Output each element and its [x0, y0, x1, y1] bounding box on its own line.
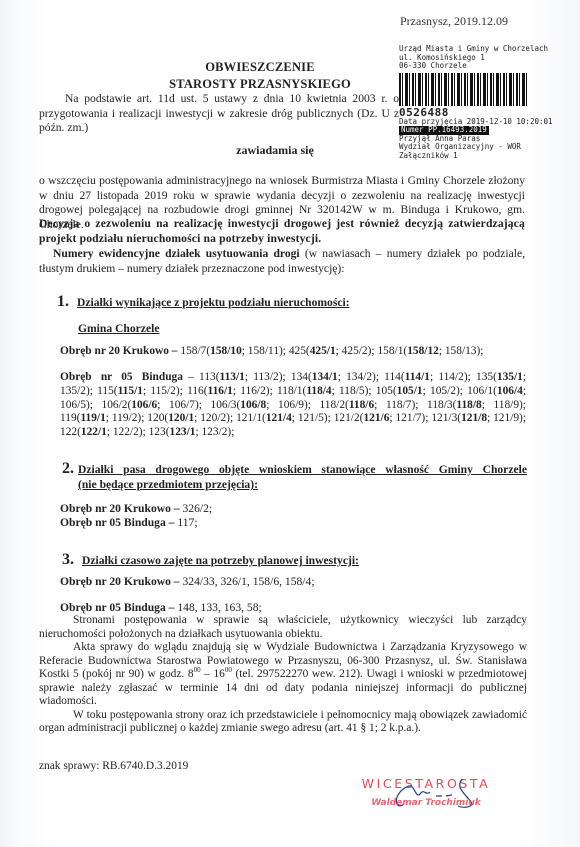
section-3-binduga-label: Obręb nr 05 Binduga – [60, 601, 174, 614]
binduga-parcels: Obręb nr 05 Binduga – 113(113/1; 113/2);… [60, 371, 526, 440]
section-3-title: Działki czasowo zajęte na potrzeby plano… [82, 554, 359, 567]
stamp-barcode-number: 0526488 [399, 107, 577, 118]
announcement-heading: zawiadamia się [0, 143, 580, 158]
parcel-entry: 106/3(106/8; 106/9); [202, 399, 311, 411]
gmina-heading: Gmina Chorzele [78, 322, 159, 335]
parcel-entry: 121/2(121/6; 121/7); [331, 412, 429, 424]
section-2-title-line-1: Działki pasa drogowego objęte wnioskiem … [78, 463, 527, 476]
section-2-heading: 2.Działki pasa drogowego objęte wnioskie… [62, 462, 527, 492]
section-2-krukowo-label: Obręb nr 20 Krukowo – [60, 502, 180, 515]
section-3-heading: 3. Działki czasowo zajęte na potrzeby pl… [62, 551, 359, 569]
parcel-entry: 116(116/1; 116/2); [183, 385, 273, 397]
section-3-number: 3. [62, 551, 78, 569]
section-3-krukowo: Obręb nr 20 Krukowo – 324/33, 326/1, 158… [60, 575, 315, 588]
parcel-entry: 425(425/1; 425/2); [286, 345, 375, 357]
parcel-entry: 114(114/1; 114/2); [379, 371, 471, 383]
place-date: Przasnysz, 2019.12.09 [400, 14, 508, 29]
parcel-entry: 134(134/1; 134/2); [286, 371, 379, 383]
signature-stamp: WICESTAROSTA Waldemar Trochimiuk [356, 776, 496, 808]
section-2-number: 2. [62, 462, 78, 476]
stamp-office-line-3: 06-330 Chorzele [399, 62, 577, 71]
address-change-paragraph: W toku postępowania strony oraz ich prze… [39, 709, 527, 736]
parcel-entry: 105(105/1; 105/2); [372, 385, 463, 397]
barcode-icon [399, 73, 529, 106]
krukowo-parcel-list: 158/7(158/10; 158/11); 425(425/1; 425/2)… [180, 345, 483, 357]
parcel-entry: 118/2(118/6; 118/7); [311, 399, 419, 411]
krukowo-label: Obręb nr 20 Krukowo – [60, 345, 178, 357]
section-2-binduga-label: Obręb nr 05 Binduga – [60, 516, 174, 529]
signatory-name: Waldemar Trochimiuk [356, 798, 496, 808]
section-2-krukowo: Obręb nr 20 Krukowo – 326/2; [60, 502, 212, 515]
section-3-binduga-value: 148, 133, 163, 58; [174, 601, 261, 614]
intro-paragraph: Na podstawie art. 11d ust. 5 ustawy z dn… [39, 92, 399, 136]
section-1-title: Działki wynikające z projektu podziału n… [77, 296, 350, 309]
numbers-intro: Numery ewidencyjne działek usytuowania d… [39, 247, 525, 276]
section-3-krukowo-label: Obręb nr 20 Krukowo – [60, 575, 180, 588]
parcel-entry: 119(119/1; 119/2); [60, 412, 144, 424]
parcel-entry: 158/7(158/10; 158/11); [180, 345, 286, 357]
parcel-entry: 118/3(118/8; 118/9); [418, 399, 526, 411]
hour-to: – 16 [201, 668, 225, 680]
section-1-number: 1. [57, 293, 73, 311]
parcel-entry: 158/1(158/12; 158/13); [375, 345, 484, 357]
krukowo-parcels: Obręb nr 20 Krukowo – 158/7(158/10; 158/… [60, 345, 530, 357]
section-3-binduga: Obręb nr 05 Binduga – 148, 133, 163, 58; [60, 601, 262, 614]
parcel-entry: 120(120/1; 120/2); [144, 412, 233, 424]
section-2-binduga-value: 117; [174, 516, 197, 529]
parcel-entry: 121/1(121/4; 121/5); [233, 412, 331, 424]
document-page: Przasnysz, 2019.12.09 OBWIESZCZENIE STAR… [0, 0, 580, 847]
hour-to-sup: 00 [225, 666, 232, 674]
section-2-binduga: Obręb nr 05 Binduga – 117; [60, 516, 198, 529]
section-1-heading: 1. Działki wynikające z projektu podział… [57, 293, 350, 311]
parcel-entry: 121/3(121/8; 121/9); [428, 412, 526, 424]
hour-from-sup: 00 [194, 666, 201, 674]
parcel-entry: 115(115/1; 115/2); [93, 385, 183, 397]
parcel-entry: 118/1(118/4; 118/5); [273, 385, 372, 397]
section-2-title-line-2: (nie będące przedmiotem przejęcia): [78, 478, 258, 491]
parcel-entry: 122(122/1; 122/2); [60, 426, 146, 438]
section-3-krukowo-value: 324/33, 326/1, 158/6, 158/4; [180, 575, 315, 588]
closing-paragraphs: Stronami postępowania w sprawie są właśc… [39, 614, 527, 736]
parcel-entry: 113(113/1; 113/2); [194, 371, 286, 383]
binduga-label: Obręb nr 05 Binduga [60, 371, 183, 383]
files-paragraph: Akta sprawy do wglądu znajdują się w Wyd… [39, 641, 527, 709]
decision-note: Decyzja o zezwoleniu na realizację inwes… [39, 217, 525, 246]
parties-paragraph: Stronami postępowania w sprawie są właśc… [39, 614, 527, 641]
numbers-intro-bold: Numery ewidencyjne działek usytuowania d… [53, 247, 300, 260]
case-reference: znak sprawy: RB.6740.D.3.2019 [39, 760, 188, 772]
section-2-krukowo-value: 326/2; [180, 502, 213, 515]
handwritten-signature-icon [374, 774, 484, 814]
parcel-entry: 106/2(106/6; 106/7); [93, 399, 202, 411]
parcel-entry: 123(123/1; 123/2); [146, 426, 235, 438]
